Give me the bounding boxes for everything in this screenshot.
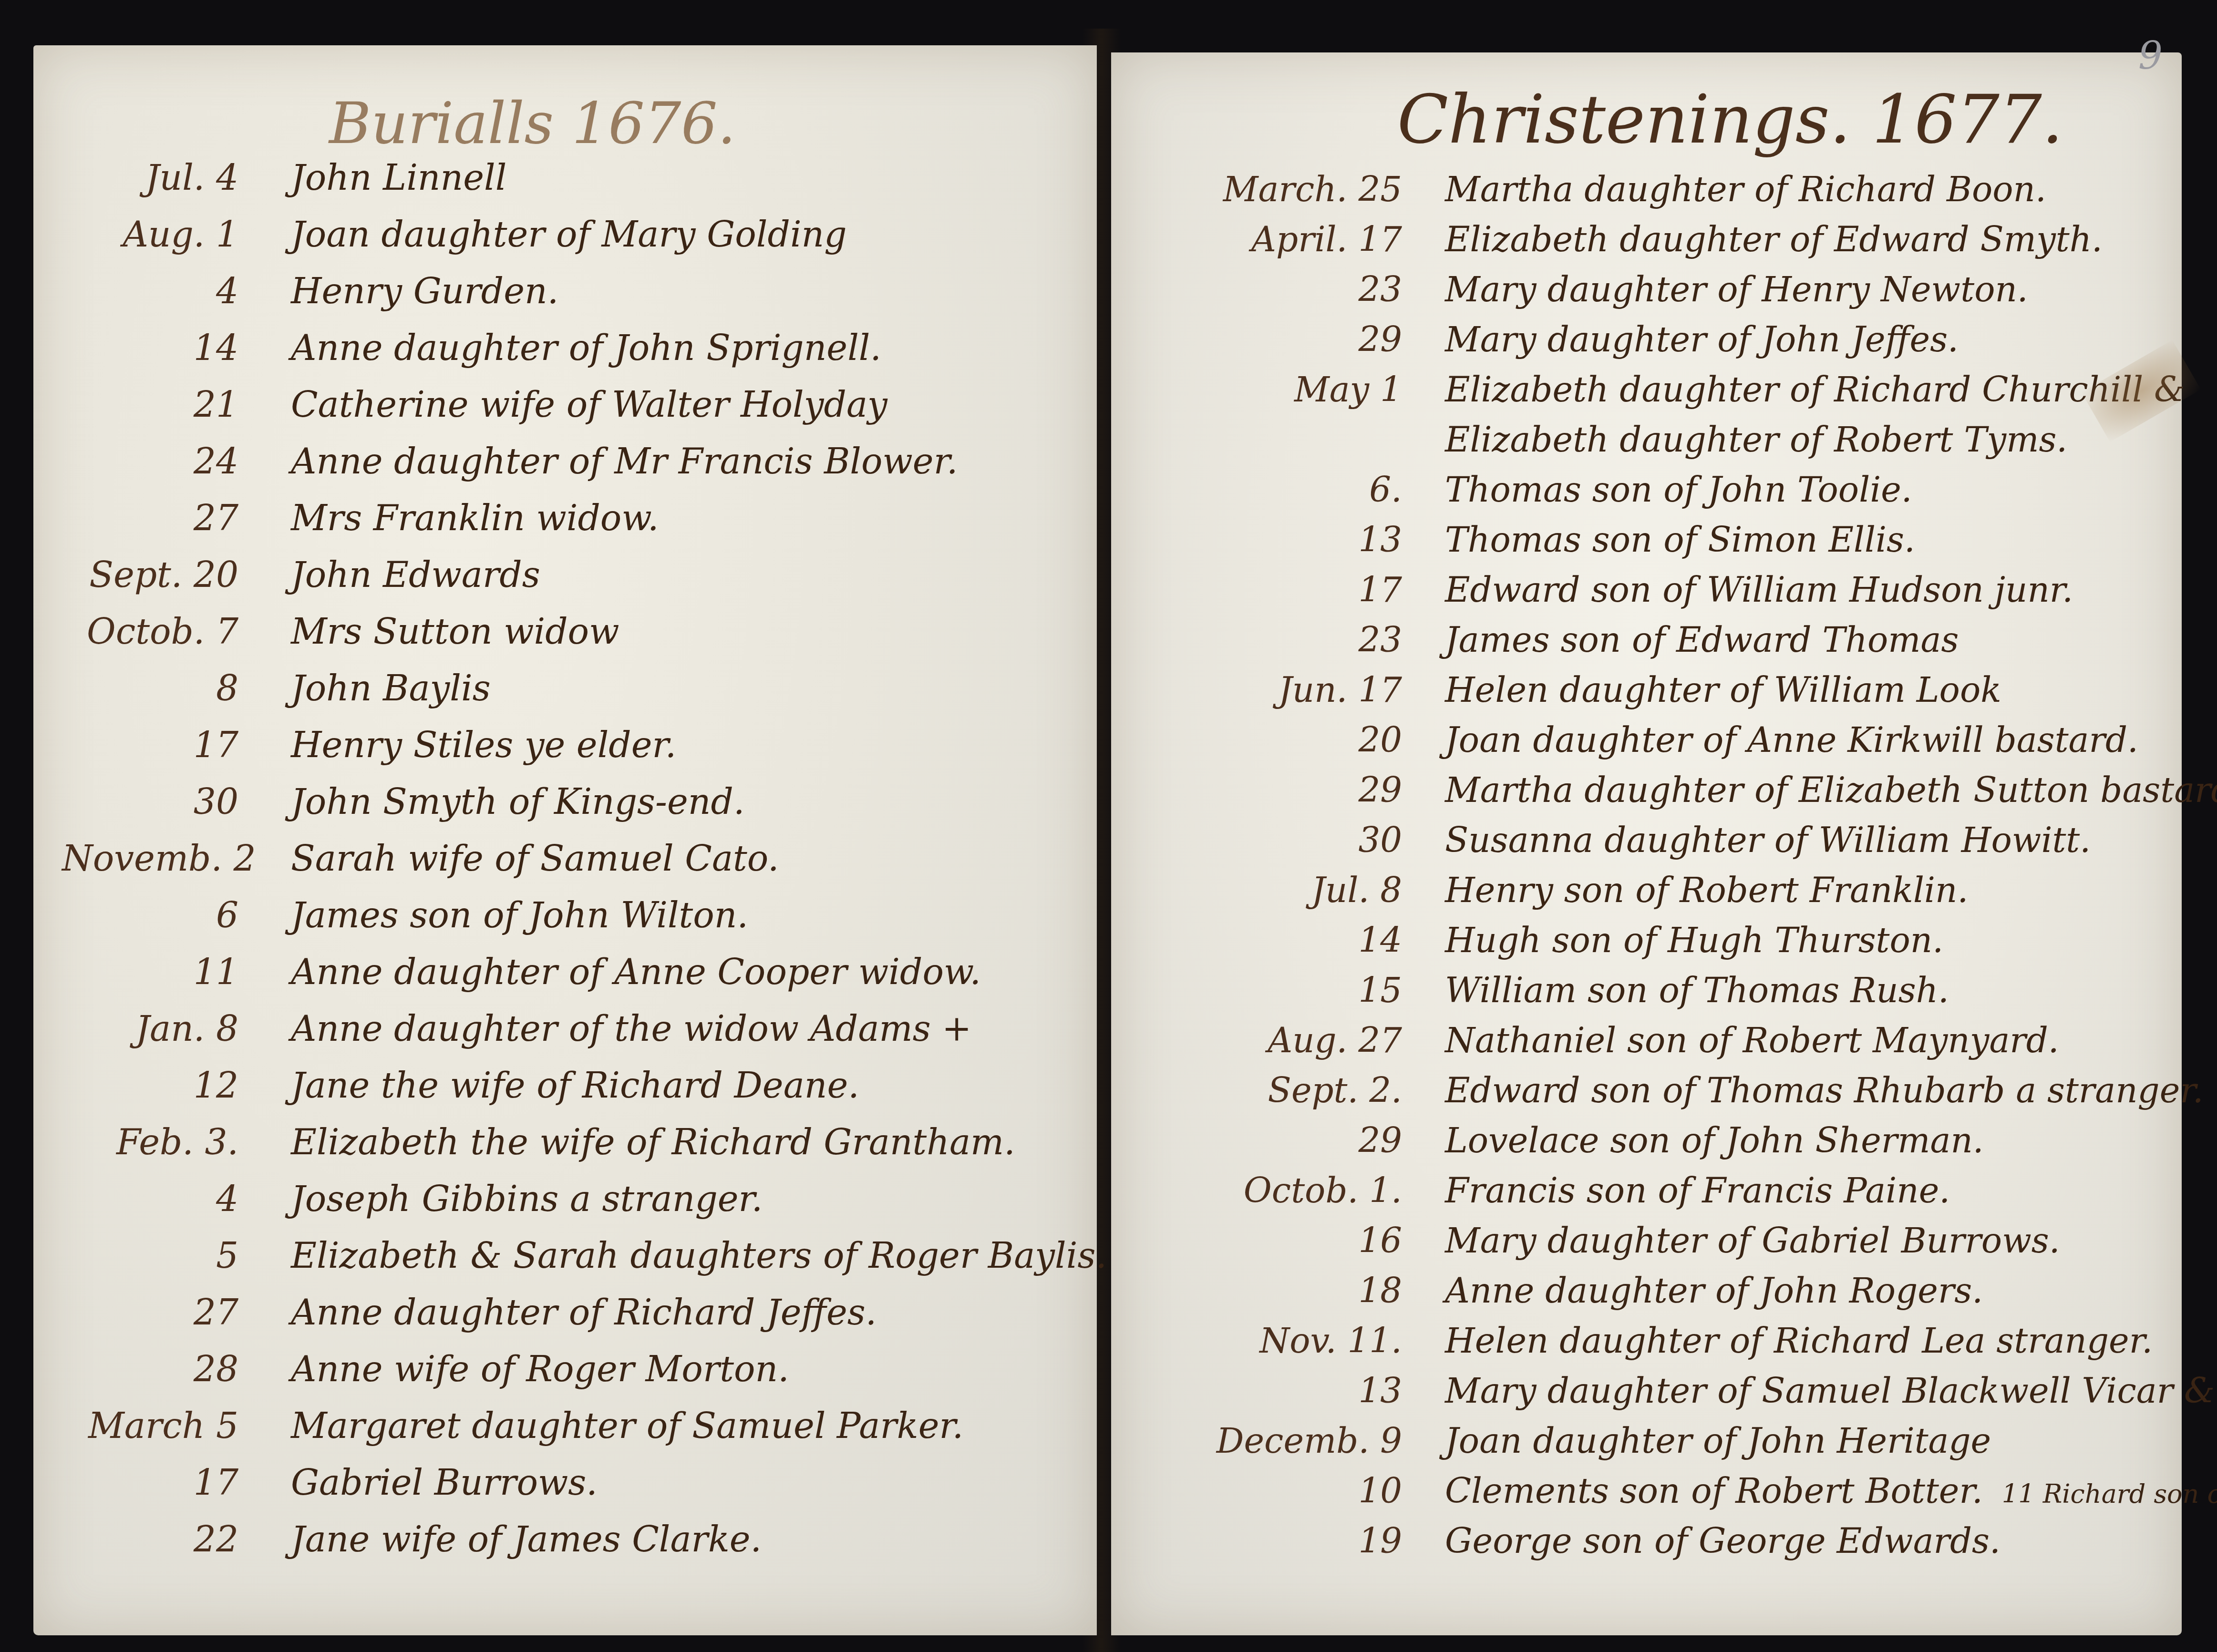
register-entry: 29Martha daughter of Elizabeth Sutton ba…: [1154, 770, 2217, 810]
entry-text: Elizabeth daughter of Richard Churchill …: [1445, 369, 2185, 410]
entry-date: 16: [1154, 1221, 1402, 1261]
entry-text: Henry Gurden.: [291, 271, 558, 312]
entry-date: 6: [62, 895, 238, 936]
entry-text: Mary daughter of John Jeffes.: [1445, 319, 1959, 359]
entry-date: Jul. 8: [1154, 870, 1402, 910]
register-entry: Sept. 20John Edwards: [62, 554, 540, 595]
register-entry: 17Gabriel Burrows.: [62, 1462, 598, 1503]
register-entry: 30John Smyth of Kings-end.: [62, 781, 744, 822]
register-entry: Feb. 3.Elizabeth the wife of Richard Gra…: [62, 1122, 1015, 1163]
entry-text: Anne daughter of the widow Adams +: [291, 1008, 971, 1049]
entry-date: Jul. 4: [62, 157, 238, 198]
entry-text: Elizabeth & Sarah daughters of Roger Bay…: [291, 1235, 1107, 1276]
entry-text: Mrs Franklin widow.: [291, 498, 659, 539]
entry-date: 29: [1154, 319, 1402, 359]
entry-date: 27: [62, 498, 238, 539]
entry-text: Sarah wife of Samuel Cato.: [291, 838, 779, 879]
entry-date: Aug. 27: [1154, 1020, 1402, 1060]
register-entry: 8John Baylis: [62, 668, 491, 709]
entry-text: Catherine wife of Walter Holyday: [291, 384, 887, 425]
entry-text: Helen daughter of Richard Lea stranger.: [1445, 1321, 2153, 1361]
register-entry: Aug. 1Joan daughter of Mary Golding: [62, 214, 847, 255]
entry-date: Octob. 7: [62, 611, 238, 652]
entry-text: Martha daughter of Richard Boon.: [1445, 169, 2046, 209]
entry-text: Mary daughter of Henry Newton.: [1445, 269, 2028, 309]
entry-text: Joseph Gibbins a stranger.: [291, 1179, 763, 1220]
register-entry: 5Elizabeth & Sarah daughters of Roger Ba…: [62, 1235, 1107, 1276]
entry-date: 14: [62, 328, 238, 369]
entry-text: Jane wife of James Clarke.: [291, 1519, 762, 1560]
entry-date: Sept. 20: [62, 554, 238, 595]
entry-text: Helen daughter of William Look: [1445, 670, 2001, 710]
entry-text: Edward son of Thomas Rhubarb a stranger.: [1445, 1070, 2204, 1110]
entry-text: Henry son of Robert Franklin.: [1445, 870, 1968, 910]
entry-text: John Smyth of Kings-end.: [291, 781, 744, 822]
entry-text: Joan daughter of John Heritage: [1445, 1421, 1991, 1461]
entry-text: Margaret daughter of Samuel Parker.: [291, 1406, 963, 1447]
register-entry: 14Anne daughter of John Sprignell.: [62, 328, 881, 369]
register-entry: 16Mary daughter of Gabriel Burrows.: [1154, 1221, 2060, 1261]
entry-date: Jun. 17: [1154, 670, 1402, 710]
entry-text: Elizabeth daughter of Edward Smyth.: [1445, 219, 2103, 259]
entry-text: Francis son of Francis Paine.: [1445, 1170, 1950, 1211]
entry-date: Decemb. 9: [1154, 1421, 1402, 1461]
entry-date: 10: [1154, 1471, 1402, 1511]
register-entry: 27Mrs Franklin widow.: [62, 498, 659, 539]
entry-text: Martha daughter of Elizabeth Sutton bast…: [1445, 770, 2217, 810]
page-heading-burials: Burialls 1676.: [329, 91, 736, 157]
entry-date: 11: [62, 952, 238, 993]
register-entry: 4Henry Gurden.: [62, 271, 558, 312]
entry-date: 6.: [1154, 470, 1402, 510]
entry-date: 17: [62, 725, 238, 766]
register-entry: 19George son of George Edwards.: [1154, 1521, 2000, 1561]
entry-date: 27: [62, 1292, 238, 1333]
entry-date: 22: [62, 1519, 238, 1560]
register-entry: 14Hugh son of Hugh Thurston.: [1154, 920, 1943, 960]
register-entry: 22Jane wife of James Clarke.: [62, 1519, 762, 1560]
entry-text: Anne daughter of Anne Cooper widow.: [291, 952, 981, 993]
register-entry: May 1Elizabeth daughter of Richard Churc…: [1154, 369, 2185, 410]
entry-date: 23: [1154, 620, 1402, 660]
entry-text: George son of George Edwards.: [1445, 1521, 2000, 1561]
entry-date: 8: [62, 668, 238, 709]
entry-date: Nov. 11.: [1154, 1321, 1402, 1361]
entry-text: Gabriel Burrows.: [291, 1462, 598, 1503]
entry-date: 13: [1154, 1371, 1402, 1411]
entry-text: John Linnell: [291, 157, 506, 198]
entry-date: Novemb. 2: [62, 838, 238, 879]
register-entry: March. 25Martha daughter of Richard Boon…: [1154, 169, 2046, 209]
entry-date: March 5: [62, 1406, 238, 1447]
entry-text: Jane the wife of Richard Deane.: [291, 1065, 859, 1106]
entry-text: Joan daughter of Anne Kirkwill bastard.: [1445, 720, 2138, 760]
register-entry: 17Edward son of William Hudson junr.: [1154, 570, 2073, 610]
register-entry: Elizabeth daughter of Robert Tyms.: [1154, 420, 2067, 460]
entry-date: 28: [62, 1349, 238, 1390]
entry-text: James son of Edward Thomas: [1445, 620, 1959, 660]
entry-date: April. 17: [1154, 219, 1402, 259]
register-entry: 21Catherine wife of Walter Holyday: [62, 384, 887, 425]
left-page-burials: Burialls 1676. Jul. 4John LinnellAug. 1J…: [33, 45, 1097, 1635]
entry-text: Susanna daughter of William Howitt.: [1445, 820, 2091, 860]
register-entry: 6.Thomas son of John Toolie.: [1154, 470, 1912, 510]
register-entry: 29Lovelace son of John Sherman.: [1154, 1120, 1984, 1160]
entry-date: 4: [62, 271, 238, 312]
register-entry: 23James son of Edward Thomas: [1154, 620, 1959, 660]
entry-text: Thomas son of Simon Ellis.: [1445, 520, 1915, 560]
register-entry: 20Joan daughter of Anne Kirkwill bastard…: [1154, 720, 2138, 760]
register-entry: Decemb. 9Joan daughter of John Heritage: [1154, 1421, 1991, 1461]
entry-text: Joan daughter of Mary Golding: [291, 214, 847, 255]
entry-text: Elizabeth daughter of Robert Tyms.: [1445, 420, 2067, 460]
register-entry: 29Mary daughter of John Jeffes.: [1154, 319, 1959, 359]
entry-date: 30: [1154, 820, 1402, 860]
register-entry: Jul. 8Henry son of Robert Franklin.: [1154, 870, 1968, 910]
entry-text: Edward son of William Hudson junr.: [1445, 570, 2073, 610]
entry-date: 18: [1154, 1271, 1402, 1311]
entry-date: Aug. 1: [62, 214, 238, 255]
register-entry: Sept. 2.Edward son of Thomas Rhubarb a s…: [1154, 1070, 2204, 1110]
entry-text: John Edwards: [291, 554, 540, 595]
entry-date: Octob. 1.: [1154, 1170, 1402, 1211]
register-entry: Aug. 27Nathaniel son of Robert Maynyard.: [1154, 1020, 2059, 1060]
entry-date: 24: [62, 441, 238, 482]
entry-text: Hugh son of Hugh Thurston.: [1445, 920, 1943, 960]
entry-date: March. 25: [1154, 169, 1402, 209]
register-entry: 27Anne daughter of Richard Jeffes.: [62, 1292, 876, 1333]
entry-text: Anne daughter of Richard Jeffes.: [291, 1292, 876, 1333]
entry-date: 19: [1154, 1521, 1402, 1561]
entry-text: James son of John Wilton.: [291, 895, 748, 936]
register-entry: Jun. 17Helen daughter of William Look: [1154, 670, 2001, 710]
entry-date: 12: [62, 1065, 238, 1106]
entry-text: Mary daughter of Samuel Blackwell Vicar …: [1445, 1371, 2217, 1411]
entry-text: John Baylis: [291, 668, 491, 709]
register-entry: Octob. 1.Francis son of Francis Paine.: [1154, 1170, 1950, 1211]
register-entry: 28Anne wife of Roger Morton.: [62, 1349, 789, 1390]
register-entry: 23Mary daughter of Henry Newton.: [1154, 269, 2028, 309]
book-spread: Burialls 1676. Jul. 4John LinnellAug. 1J…: [0, 0, 2217, 1652]
entry-date: 23: [1154, 269, 1402, 309]
register-entry: 18Anne daughter of John Rogers.: [1154, 1271, 1983, 1311]
register-entry: Jul. 4John Linnell: [62, 157, 506, 198]
entry-date: 17: [1154, 570, 1402, 610]
right-page-christenings: 9 Christenings. 1677. March. 25Martha da…: [1111, 52, 2182, 1635]
entry-date: Feb. 3.: [62, 1122, 238, 1163]
entry-date: Jan. 8: [62, 1008, 238, 1049]
entry-text: Anne daughter of John Sprignell.: [291, 328, 881, 369]
entry-text: Anne daughter of John Rogers.: [1445, 1271, 1983, 1311]
register-entry: 6James son of John Wilton.: [62, 895, 748, 936]
entry-text: Anne daughter of Mr Francis Blower.: [291, 441, 958, 482]
entry-date: 30: [62, 781, 238, 822]
entry-date: 14: [1154, 920, 1402, 960]
entry-text: Clements son of Robert Botter.: [1445, 1471, 1983, 1511]
entry-text: Elizabeth the wife of Richard Grantham.: [291, 1122, 1015, 1163]
entry-text: Henry Stiles ye elder.: [291, 725, 676, 766]
entry-text: Thomas son of John Toolie.: [1445, 470, 1912, 510]
entry-text: William son of Thomas Rush.: [1445, 970, 1949, 1010]
entry-text: Mrs Sutton widow: [291, 611, 619, 652]
page-heading-christenings: Christenings. 1677.: [1397, 81, 2063, 159]
entry-date: 5: [62, 1235, 238, 1276]
entry-date: Sept. 2.: [1154, 1070, 1402, 1110]
entry-marginal-note: 11 Richard son of John Adams: [2002, 1479, 2217, 1509]
register-entry: 12Jane the wife of Richard Deane.: [62, 1065, 859, 1106]
entry-date: 21: [62, 384, 238, 425]
register-entry: 15William son of Thomas Rush.: [1154, 970, 1949, 1010]
register-entry: Novemb. 2Sarah wife of Samuel Cato.: [62, 838, 779, 879]
entry-text: Nathaniel son of Robert Maynyard.: [1445, 1020, 2059, 1060]
entry-date: 4: [62, 1179, 238, 1220]
register-entry: 4Joseph Gibbins a stranger.: [62, 1179, 763, 1220]
entry-text: Mary daughter of Gabriel Burrows.: [1445, 1221, 2060, 1261]
register-entry: 13Mary daughter of Samuel Blackwell Vica…: [1154, 1371, 2217, 1411]
register-entry: April. 17Elizabeth daughter of Edward Sm…: [1154, 219, 2103, 259]
entry-text: Anne wife of Roger Morton.: [291, 1349, 789, 1390]
register-entry: Jan. 8Anne daughter of the widow Adams +: [62, 1008, 971, 1049]
entry-date: May 1: [1154, 369, 1402, 410]
register-entry: Octob. 7Mrs Sutton widow: [62, 611, 619, 652]
entry-date: 29: [1154, 1120, 1402, 1160]
entry-date: 13: [1154, 520, 1402, 560]
register-entry: March 5Margaret daughter of Samuel Parke…: [62, 1406, 963, 1447]
register-entry: 13Thomas son of Simon Ellis.: [1154, 520, 1915, 560]
register-entry: Nov. 11.Helen daughter of Richard Lea st…: [1154, 1321, 2153, 1361]
entry-date: 15: [1154, 970, 1402, 1010]
folio-number: 9: [2138, 33, 2163, 78]
register-entry: 10Clements son of Robert Botter.11 Richa…: [1154, 1471, 2217, 1511]
entry-date: 20: [1154, 720, 1402, 760]
entry-date: 17: [62, 1462, 238, 1503]
register-entry: 24Anne daughter of Mr Francis Blower.: [62, 441, 958, 482]
register-entry: 30Susanna daughter of William Howitt.: [1154, 820, 2091, 860]
register-entry: 17Henry Stiles ye elder.: [62, 725, 676, 766]
entry-text: Lovelace son of John Sherman.: [1445, 1120, 1984, 1160]
register-entry: 11Anne daughter of Anne Cooper widow.: [62, 952, 981, 993]
entry-date: 29: [1154, 770, 1402, 810]
